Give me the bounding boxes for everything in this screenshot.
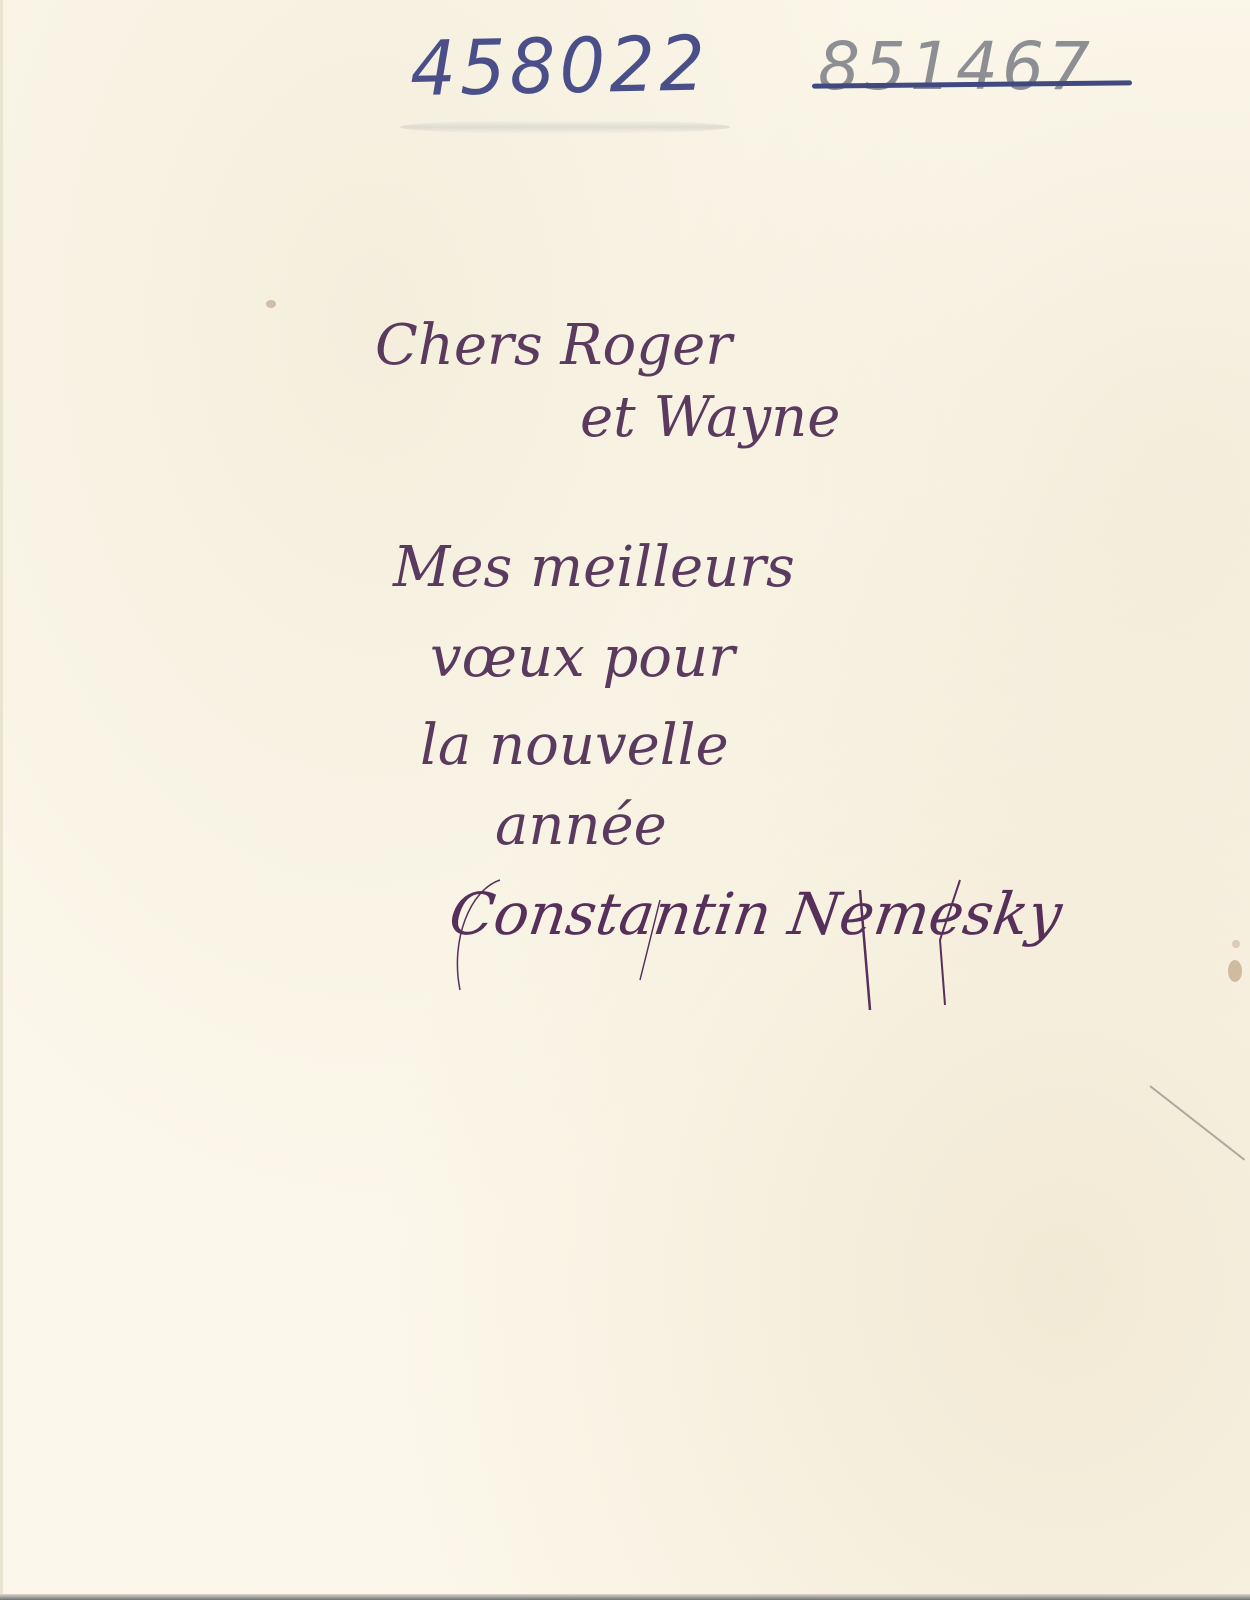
- paper-document: 458022 851467 Chers Roger et Wayne Mes m…: [0, 0, 1250, 1600]
- salutation-line-2: et Wayne: [580, 390, 840, 446]
- paper-bottom-edge: [0, 1594, 1250, 1600]
- message-body-line-1: Mes meilleurs: [393, 540, 795, 596]
- paper-left-edge: [0, 0, 3, 1600]
- archive-number-current: 458022: [409, 25, 709, 106]
- message-body-line-4: année: [495, 798, 667, 854]
- archive-number-previous: 851467: [818, 34, 1094, 100]
- surface-scuff: [400, 120, 730, 134]
- message-body-line-3: la nouvelle: [420, 718, 729, 774]
- paper-crease: [1149, 1085, 1245, 1160]
- signature: Constantin Nemesky: [445, 880, 1066, 948]
- message-body-line-2: vœux pour: [430, 630, 735, 686]
- stain-spot: [266, 300, 276, 308]
- stain-spot: [1228, 960, 1242, 982]
- salutation-line-1: Chers Roger: [375, 318, 732, 374]
- stain-spot: [1232, 940, 1240, 948]
